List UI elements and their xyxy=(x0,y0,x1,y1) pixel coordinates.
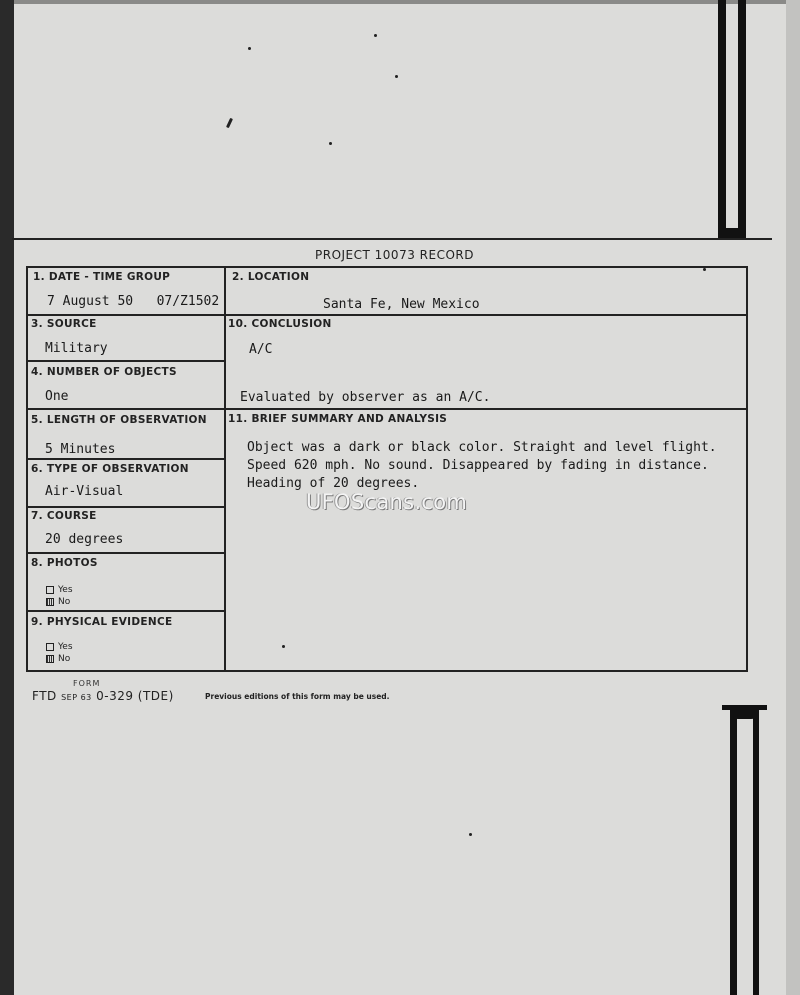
summary-line: Object was a dark or black color. Straig… xyxy=(247,439,747,457)
number-of-objects-value: One xyxy=(45,389,68,404)
summary-text: Object was a dark or black color. Straig… xyxy=(247,439,747,493)
form-title: PROJECT 10073 RECORD xyxy=(315,248,474,262)
course-label: 7. COURSE xyxy=(31,510,97,522)
scan-speck xyxy=(248,47,251,50)
film-bracket-bottom xyxy=(722,705,768,995)
footer-note: Previous editions of this form may be us… xyxy=(205,692,390,701)
footer-form-label: FORM xyxy=(73,679,100,688)
conclusion-value: A/C xyxy=(249,342,272,357)
physical-evidence-option-yes[interactable]: Yes xyxy=(46,642,73,652)
source-label: 3. SOURCE xyxy=(31,318,97,330)
summary-line: Speed 620 mph. No sound. Disappeared by … xyxy=(247,457,747,475)
header-rule xyxy=(12,238,772,240)
photos-yes-label: Yes xyxy=(58,585,73,595)
physical-evidence-label: 9. PHYSICAL EVIDENCE xyxy=(31,616,172,628)
physical-evidence-option-no[interactable]: No xyxy=(46,654,70,664)
footer-form-date: SEP 63 xyxy=(61,693,92,702)
date-time-group-value: 7 August 50 07/Z1502 xyxy=(47,294,219,309)
physical-evidence-yes-label: Yes xyxy=(58,642,73,652)
checkbox-checked-icon[interactable] xyxy=(46,655,54,663)
checkbox-icon[interactable] xyxy=(46,586,54,594)
scan-speck xyxy=(469,833,472,836)
scan-left-edge xyxy=(0,0,14,995)
date-time-group-label: 1. DATE - TIME GROUP xyxy=(33,271,170,283)
physical-evidence-no-label: No xyxy=(58,654,70,664)
source-value: Military xyxy=(45,341,108,356)
scan-speck xyxy=(374,34,377,37)
watermark: UFOScans.com xyxy=(306,490,467,514)
photos-option-yes[interactable]: Yes xyxy=(46,585,73,595)
course-value: 20 degrees xyxy=(45,532,123,547)
type-of-observation-label: 6. TYPE OF OBSERVATION xyxy=(31,463,189,475)
scan-speck xyxy=(395,75,398,78)
footer-form-code: FTD SEP 63 0-329 (TDE) xyxy=(32,689,174,703)
checkbox-checked-icon[interactable] xyxy=(46,598,54,606)
summary-label: 11. BRIEF SUMMARY AND ANALYSIS xyxy=(228,413,447,425)
photos-no-label: No xyxy=(58,597,70,607)
type-of-observation-value: Air-Visual xyxy=(45,484,123,499)
conclusion-label: 10. CONCLUSION xyxy=(228,318,332,330)
number-of-objects-label: 4. NUMBER OF OBJECTS xyxy=(31,366,177,378)
conclusion-note: Evaluated by observer as an A/C. xyxy=(240,390,490,405)
photos-option-no[interactable]: No xyxy=(46,597,70,607)
film-bracket-top xyxy=(716,0,756,242)
scan-speck xyxy=(329,142,332,145)
location-label: 2. LOCATION xyxy=(232,271,309,283)
length-of-observation-value: 5 Minutes xyxy=(45,442,115,457)
checkbox-icon[interactable] xyxy=(46,643,54,651)
location-value: Santa Fe, New Mexico xyxy=(323,297,480,312)
length-of-observation-label: 5. LENGTH OF OBSERVATION xyxy=(31,414,207,426)
scan-right-edge xyxy=(786,0,800,995)
footer-form-number: 0-329 (TDE) xyxy=(96,689,174,703)
photos-label: 8. PHOTOS xyxy=(31,557,98,569)
footer-form-prefix: FTD xyxy=(32,689,57,703)
